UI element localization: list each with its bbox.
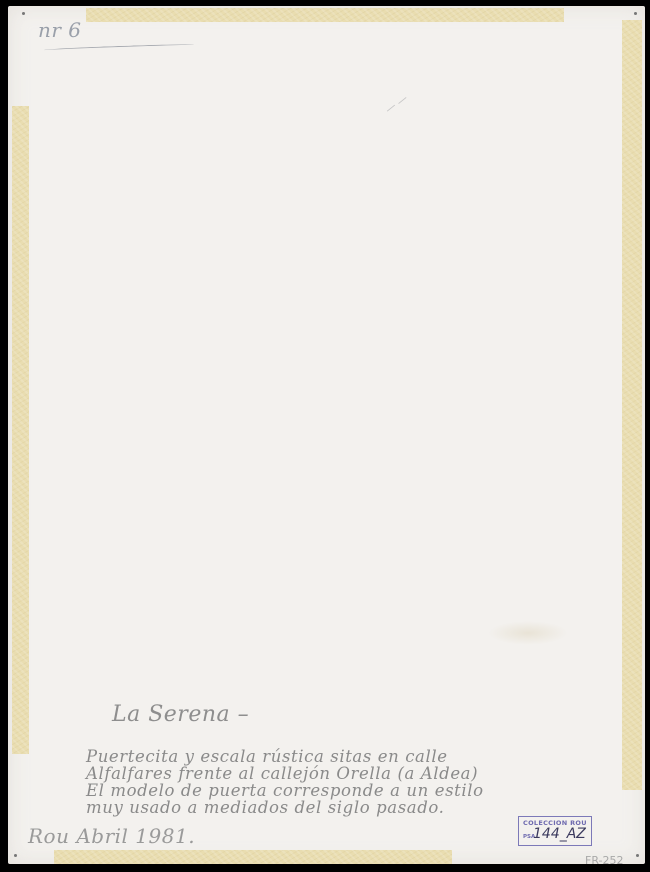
stamp-code: 144_AZ: [533, 826, 586, 842]
artist-signature: Rou Abril 1981.: [28, 824, 195, 848]
pin-hole-icon: [634, 12, 637, 15]
masking-tape-bottom: [54, 850, 452, 864]
masking-tape-top: [86, 8, 564, 22]
pin-hole-icon: [636, 854, 639, 857]
archive-code: FR-252: [585, 854, 624, 867]
pin-hole-icon: [22, 12, 25, 15]
paper-sheet: nr 6 ⸝⸍ La Serena – Puertecita y escala …: [8, 6, 645, 864]
paper-smudge: [488, 621, 568, 645]
artwork-description: Puertecita y escala rústica sitas en cal…: [86, 748, 586, 816]
collection-stamp: COLECCION ROU PSA 144_AZ: [518, 816, 592, 846]
description-line: muy usado a mediados del siglo pasado.: [86, 799, 586, 816]
masking-tape-left: [12, 106, 29, 754]
reference-underline: [44, 43, 194, 51]
description-line: Alfalfares frente al callejón Orella (a …: [86, 765, 586, 782]
artwork-title: La Serena –: [112, 702, 249, 727]
pin-hole-icon: [14, 854, 17, 857]
reference-number: nr 6: [38, 18, 82, 42]
description-line: El modelo de puerta corresponde a un est…: [86, 782, 586, 799]
pencil-mark: ⸝⸍: [386, 92, 405, 116]
description-line: Puertecita y escala rústica sitas en cal…: [86, 748, 586, 765]
masking-tape-right: [622, 20, 642, 790]
